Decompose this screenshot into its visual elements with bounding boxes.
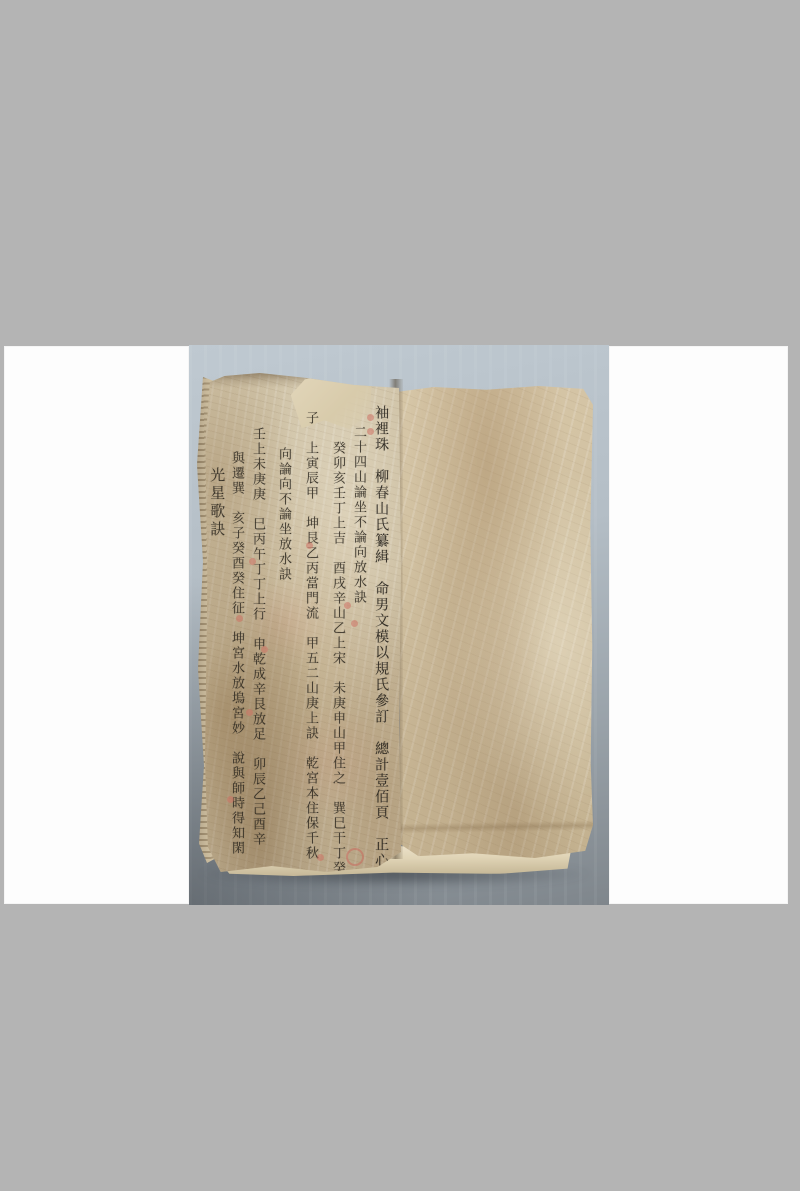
red-circle-mark <box>246 709 253 716</box>
matte-panel-right <box>609 346 788 904</box>
text-column-6: 壬上未庚庚 巳丙午丁丁上行 申乾成辛艮放足 卯辰乙己酉辛 <box>249 427 264 847</box>
red-circle-mark <box>351 620 358 627</box>
right-page-fold-crease <box>399 820 593 833</box>
red-circle-mark <box>306 542 313 549</box>
text-column-2: 二十四山論坐不論向放水訣 <box>350 425 365 605</box>
red-circle-mark <box>261 646 268 653</box>
matte-panel-left <box>4 346 189 904</box>
title-column: 袖裡珠 柳春山氏纂緝 命男文模以規氏參訂 總計壹佰頁 正心堂藏板 <box>373 405 389 905</box>
red-circle-mark <box>367 428 374 435</box>
red-circle-mark <box>236 615 243 622</box>
text-column-5: 向論向不論坐放水訣 <box>275 447 290 582</box>
text-column-8: 光星歌訣 <box>208 467 225 539</box>
red-ring-mark <box>346 848 364 866</box>
red-circle-mark <box>317 854 324 861</box>
red-circle-mark <box>344 602 351 609</box>
manuscript-photo: 袖裡珠 柳春山氏纂緝 命男文模以規氏參訂 總計壹佰頁 正心堂藏板 二十四山論坐不… <box>189 345 609 905</box>
red-circle-mark <box>367 414 374 421</box>
viewer-backdrop: 袖裡珠 柳春山氏纂緝 命男文模以規氏參訂 總計壹佰頁 正心堂藏板 二十四山論坐不… <box>0 0 800 1191</box>
red-circle-mark <box>249 558 256 565</box>
text-column-4: 子 上寅辰甲 坤艮乙丙當門流 甲五二山庚上訣 乾宮本住保千秋 <box>302 411 317 861</box>
right-page-blank <box>399 386 593 858</box>
left-page-with-text: 袖裡珠 柳春山氏纂緝 命男文模以規氏參訂 總計壹佰頁 正心堂藏板 二十四山論坐不… <box>205 372 401 872</box>
red-circle-mark <box>227 796 234 803</box>
text-column-3: 癸卯亥壬丁上吉 酉戌辛山乙上宋 未庚申山甲住之 巽巳干丁癸上遊 <box>329 441 344 905</box>
